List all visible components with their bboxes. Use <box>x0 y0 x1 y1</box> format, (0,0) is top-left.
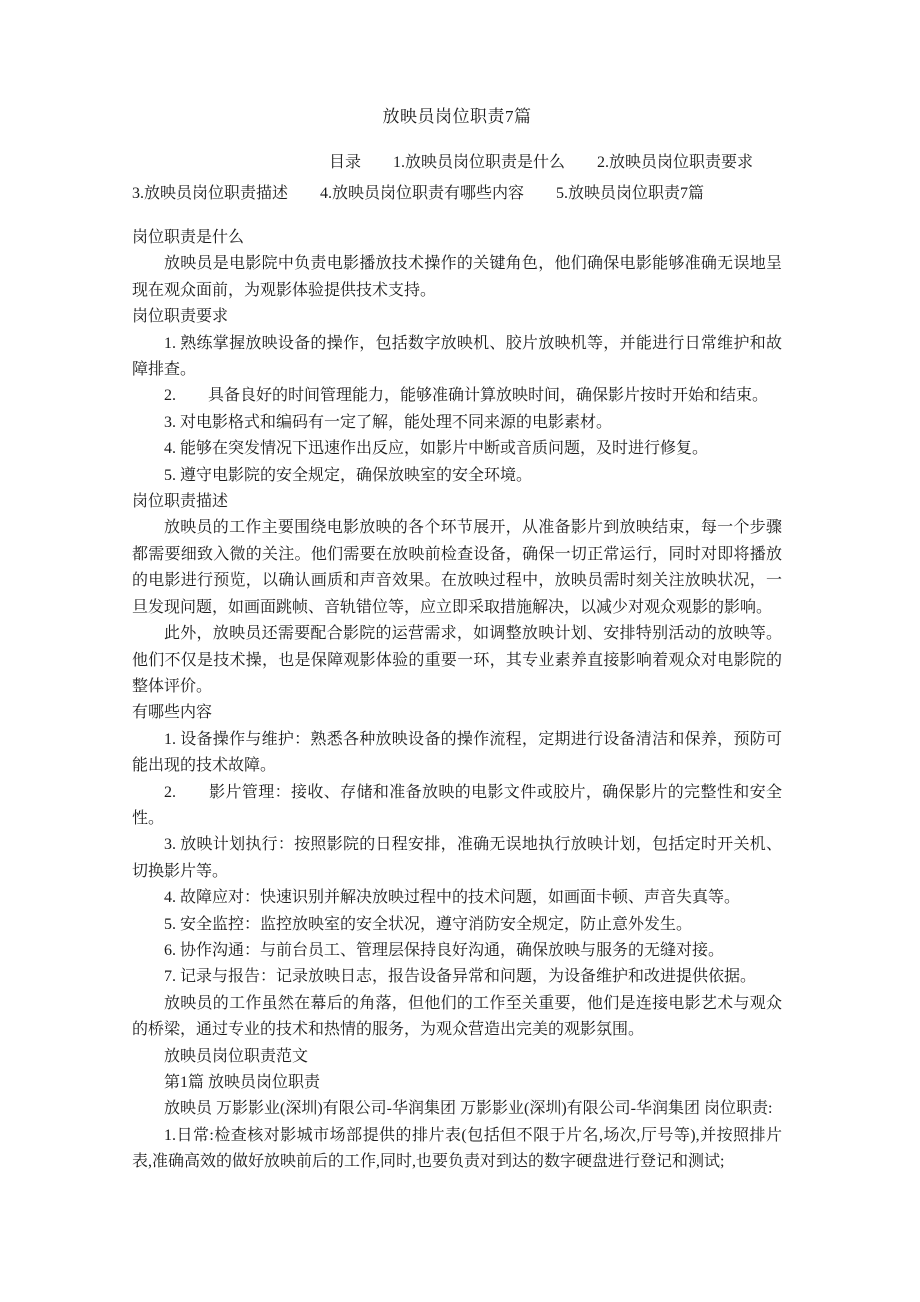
paragraph: 3. 放映计划执行：按照影院的日程安排，准确无误地执行放映计划，包括定时开关机、… <box>132 832 782 885</box>
section-heading: 岗位职责是什么 <box>132 225 782 251</box>
toc-line-2: 3.放映员岗位职责描述 4.放映员岗位职责有哪些内容 5.放映员岗位职责7篇 <box>132 178 782 209</box>
paragraph: 放映员岗位职责范文 <box>132 1044 782 1070</box>
paragraph: 7. 记录与报告：记录放映日志，报告设备异常和问题，为设备维护和改进提供依据。 <box>132 964 782 990</box>
paragraph: 5. 遵守电影院的安全规定，确保放映室的安全环境。 <box>132 463 782 489</box>
paragraph: 放映员是电影院中负责电影播放技术操作的关键角色，他们确保电影能够准确无误地呈现在… <box>132 251 782 304</box>
paragraph: 2. 具备良好的时间管理能力，能够准确计算放映时间，确保影片按时开始和结束。 <box>132 383 782 409</box>
paragraph: 此外，放映员还需要配合影院的运营需求，如调整放映计划、安排特别活动的放映等。他们… <box>132 621 782 700</box>
paragraph: 1. 设备操作与维护：熟悉各种放映设备的操作流程，定期进行设备清洁和保养，预防可… <box>132 727 782 780</box>
section-heading: 岗位职责要求 <box>132 304 782 330</box>
document-content: 放映员岗位职责7篇 目录 1.放映员岗位职责是什么 2.放映员岗位职责要求 3.… <box>132 104 782 1176</box>
toc: 目录 1.放映员岗位职责是什么 2.放映员岗位职责要求 3.放映员岗位职责描述 … <box>132 147 782 209</box>
document-page: 放映员岗位职责7篇 目录 1.放映员岗位职责是什么 2.放映员岗位职责要求 3.… <box>0 0 920 1302</box>
section-heading: 岗位职责描述 <box>132 489 782 515</box>
paragraph: 2. 影片管理：接收、存储和准备放映的电影文件或胶片，确保影片的完整性和安全性。 <box>132 780 782 833</box>
paragraph: 放映员的工作主要围绕电影放映的各个环节展开，从准备影片到放映结束，每一个步骤都需… <box>132 515 782 621</box>
paragraph: 3. 对电影格式和编码有一定了解，能处理不同来源的电影素材。 <box>132 410 782 436</box>
paragraph: 6. 协作沟通：与前台员工、管理层保持良好沟通，确保放映与服务的无缝对接。 <box>132 938 782 964</box>
paragraph: 第1篇 放映员岗位职责 <box>132 1070 782 1096</box>
doc-body: 岗位职责是什么放映员是电影院中负责电影播放技术操作的关键角色，他们确保电影能够准… <box>132 225 782 1176</box>
paragraph: 放映员 万影影业(深圳)有限公司-华润集团 万影影业(深圳)有限公司-华润集团 … <box>132 1096 782 1122</box>
paragraph: 1. 熟练掌握放映设备的操作，包括数字放映机、胶片放映机等，并能进行日常维护和故… <box>132 331 782 384</box>
paragraph: 5. 安全监控：监控放映室的安全状况，遵守消防安全规定，防止意外发生。 <box>132 912 782 938</box>
section-heading: 有哪些内容 <box>132 700 782 726</box>
toc-line-1: 目录 1.放映员岗位职责是什么 2.放映员岗位职责要求 <box>329 147 782 178</box>
paragraph: 1.日常:检查核对影城市场部提供的排片表(包括但不限于片名,场次,厅号等),并按… <box>132 1123 782 1176</box>
paragraph: 放映员的工作虽然在幕后的角落，但他们的工作至关重要，他们是连接电影艺术与观众的桥… <box>132 991 782 1044</box>
paragraph: 4. 能够在突发情况下迅速作出反应，如影片中断或音质问题，及时进行修复。 <box>132 436 782 462</box>
doc-title: 放映员岗位职责7篇 <box>132 104 782 130</box>
paragraph: 4. 故障应对：快速识别并解决放映过程中的技术问题，如画面卡顿、声音失真等。 <box>132 885 782 911</box>
